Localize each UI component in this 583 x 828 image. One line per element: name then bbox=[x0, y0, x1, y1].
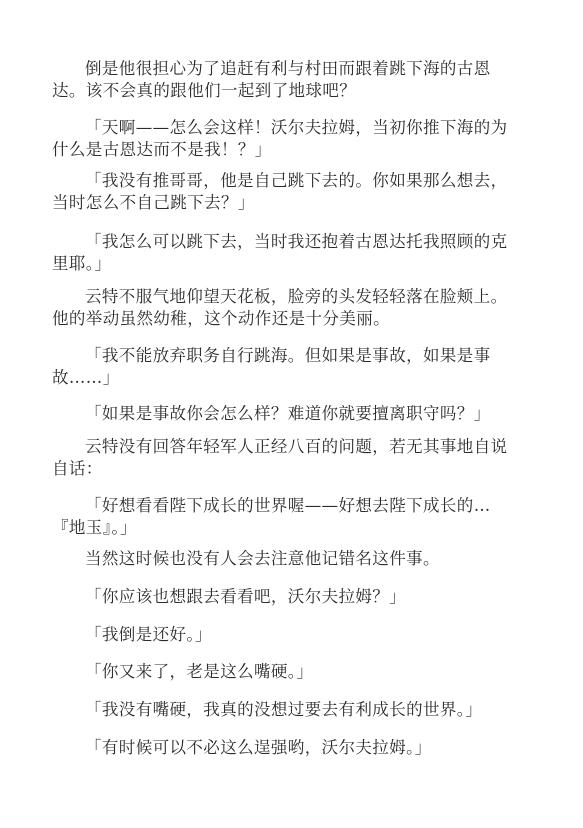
paragraph-narration: 当然这时候也没有人会去注意他记错名这件事。 bbox=[52, 548, 524, 570]
paragraph-narration: 倒是他很担心为了追赶有利与村田而跟着跳下海的古恩达。该不会真的跟他们一起到了地球… bbox=[52, 58, 524, 102]
paragraph-narration: 云特不服气地仰望天花板，脸旁的头发轻轻落在脸颊上。他的举动虽然幼稚，这个动作还是… bbox=[52, 286, 524, 330]
paragraph-dialogue: 「我怎么可以跳下去，当时我还抱着古恩达托我照顾的克里耶。」 bbox=[52, 231, 524, 275]
paragraph-dialogue: 「有时候可以不必这么逞强哟，沃尔夫拉姆。」 bbox=[52, 737, 524, 759]
paragraph-dialogue: 「我没有推哥哥，他是自己跳下去的。你如果那么想去，当时怎么不自己跳下去？」 bbox=[52, 170, 524, 214]
paragraph-dialogue: 「天啊——怎么会这样！沃尔夫拉姆，当初你推下海的为什么是古恩达而不是我！？」 bbox=[52, 117, 524, 161]
paragraph-dialogue: 「你又来了，老是这么嘴硬。」 bbox=[52, 661, 524, 683]
paragraph-dialogue: 「我倒是还好。」 bbox=[52, 624, 524, 646]
paragraph-narration: 云特没有回答年轻军人正经八百的问题，若无其事地自说自话： bbox=[52, 436, 524, 480]
paragraph-dialogue: 「如果是事故你会怎么样？难道你就要擅离职守吗？」 bbox=[52, 403, 524, 425]
paragraph-dialogue: 「我不能放弃职务自行跳海。但如果是事故，如果是事故……」 bbox=[52, 345, 524, 389]
paragraph-dialogue: 「你应该也想跟去看看吧，沃尔夫拉姆？」 bbox=[52, 586, 524, 608]
paragraph-dialogue: 「我没有嘴硬，我真的没想过要去有利成长的世界。」 bbox=[52, 699, 524, 721]
paragraph-dialogue: 「好想看看陛下成长的世界喔——好想去陛下成长的…『地玉』。」 bbox=[52, 495, 524, 539]
